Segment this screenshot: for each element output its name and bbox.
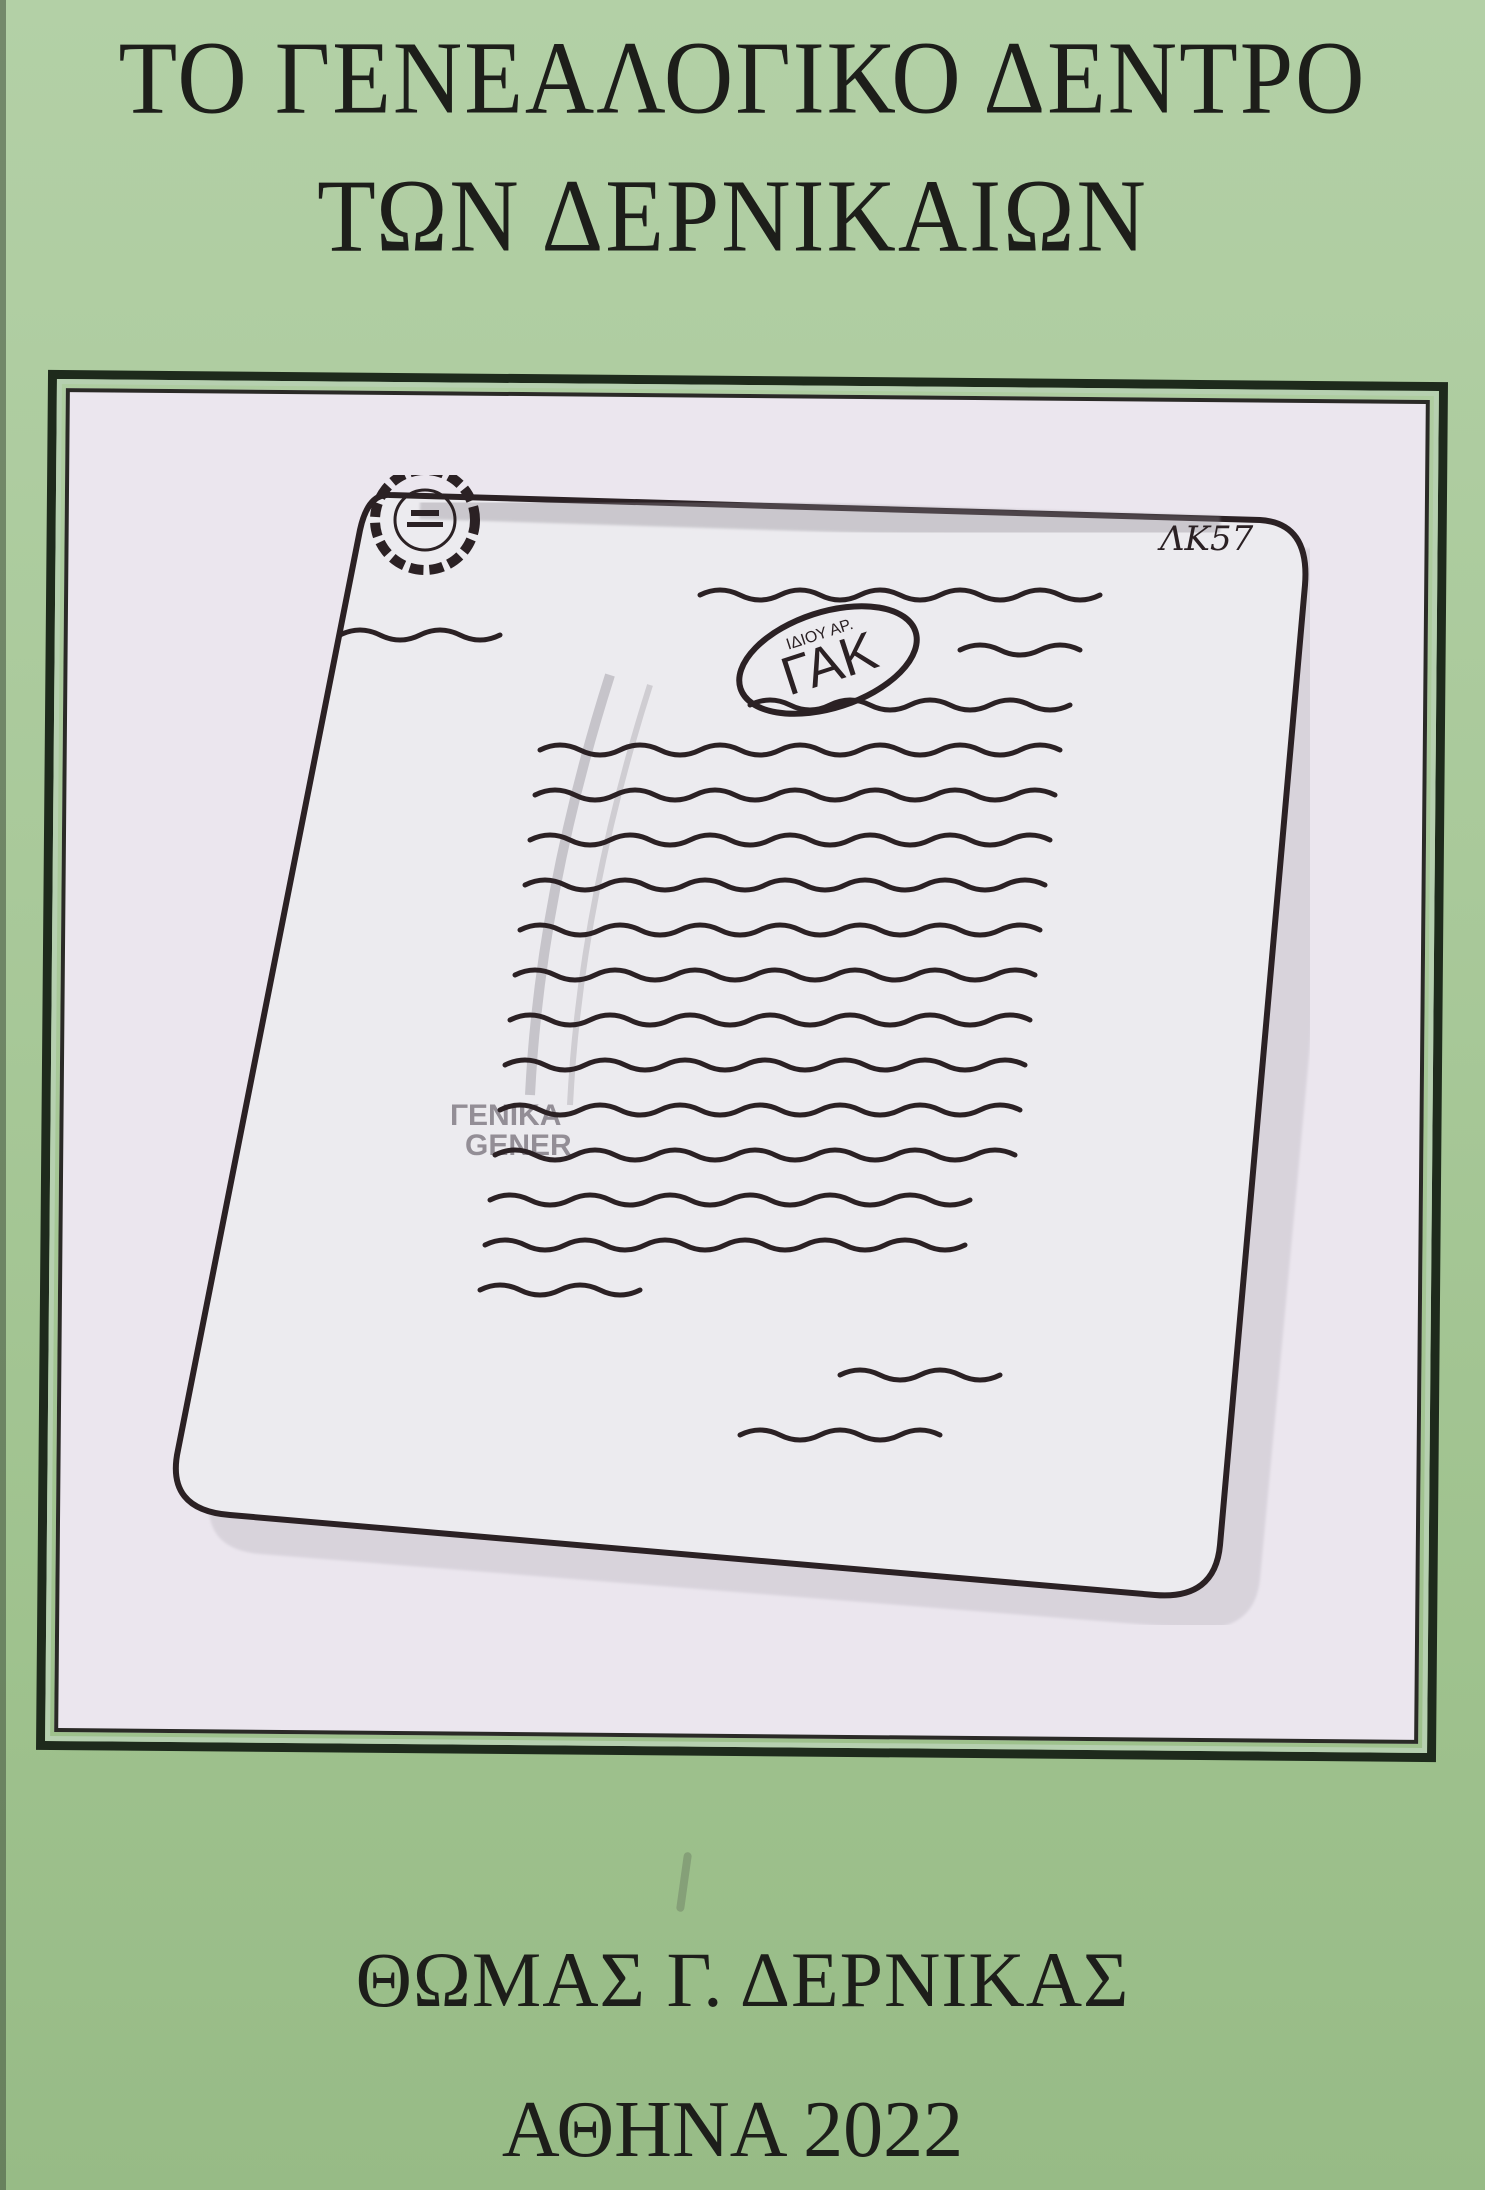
cover-smudge [676,1852,692,1913]
letter-paper [176,495,1306,1596]
handwritten-letter-illustration: ΓΑΚ ΙΔΙΟΥ ΑΡ. ΛΚ57 ΓΕΝΙΚΑ GENER [160,475,1310,1625]
publication-place-year: ΑΘΗΝΑ 2022 [0,2085,1475,2176]
svg-text:ΓΕΝΙΚΑ: ΓΕΝΙΚΑ [450,1099,561,1132]
book-title-line-2: ΤΩΝ ΔΕΡΝΙΚΑΙΩΝ [0,156,1475,276]
svg-text:ΛΚ57: ΛΚ57 [1157,519,1254,559]
svg-text:GENER: GENER [465,1129,572,1162]
book-title-line-1: ΤΟ ΓΕΝΕΑΛΟΓΙΚΟ ΔΕΝΤΡΟ [0,18,1485,138]
book-spine-edge [0,0,6,2190]
author-name: ΘΩΜΑΣ Γ. ΔΕΡΝΙΚΑΣ [0,1935,1485,2025]
